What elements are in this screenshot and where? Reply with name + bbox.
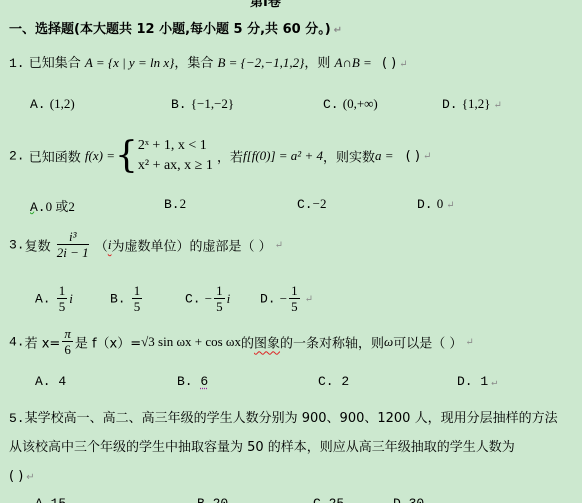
function-expr: f(x) = (85, 148, 115, 163)
question-text: 为虚数单位）的虚部是（ (111, 240, 254, 255)
paragraph-mark-icon: ↵ (275, 240, 283, 251)
piece-1: 2ˣ + 1, x < 1 (138, 136, 213, 156)
option-d[interactable]: D. 0↵ (417, 196, 455, 212)
question-number: 2. (9, 149, 25, 164)
piecewise-definition: 2ˣ + 1, x < 1x² + ax, x ≥ 1 (138, 136, 213, 176)
paragraph-mark-icon: ↵ (334, 25, 342, 36)
set-b-expr: B = {−2,−1,1,2} (217, 55, 304, 70)
question-stem: 已知集合 (29, 56, 81, 71)
option-d[interactable]: D. {1,2}↵ (442, 96, 502, 112)
complex-fraction: i³2i − 1 (57, 229, 89, 261)
section-title-text: 一、选择题(本大题共 12 小题,每小题 5 分,共 60 分。) (9, 22, 331, 37)
question-number: 1. (9, 56, 25, 71)
question-text: 的 (241, 337, 254, 352)
question-stem: 已知函数 (29, 151, 81, 166)
option-c[interactable]: C.−2 (297, 196, 326, 212)
option-c[interactable]: C.25 (313, 496, 344, 503)
option-a[interactable]: A. (1,2) (30, 96, 75, 112)
option-a[interactable]: A.0 或2 (30, 196, 75, 215)
option-c[interactable]: C. 2 (318, 374, 349, 389)
question-number: 4. (9, 335, 25, 350)
option-b[interactable]: B.20 (197, 496, 228, 503)
question-number: 3. (9, 238, 25, 253)
question-text: ，则实数 (323, 151, 375, 166)
target-expr: a = (375, 148, 394, 163)
question-5-line-2: 从该校高中三个年级的学生中抽取容量为 50 的样本，则应从高三年级抽取的学生人数… (9, 433, 558, 462)
paragraph-mark-icon: ↵ (399, 59, 407, 70)
paragraph-mark-icon: ↵ (491, 378, 497, 389)
paragraph-mark-icon: ↵ (493, 100, 501, 111)
piece-2: x² + ax, x ≥ 1 (138, 156, 213, 176)
question-text: ，集合 (174, 56, 213, 71)
question-5-line-3: ( )↵ (9, 462, 558, 492)
option-d[interactable]: D. −15↵ (260, 283, 313, 315)
question-stem: 复数 (25, 240, 51, 255)
option-d[interactable]: D. 1↵ (457, 374, 497, 389)
question-1: 1. 已知集合 A = {x | y = ln x}，集合 B = {−2,−1… (9, 52, 408, 71)
question-text: 的一条对称轴，则 (280, 337, 384, 352)
omega-symbol: ω (384, 334, 393, 349)
question-number: 5. (9, 411, 25, 426)
spellcheck-word: 图象 (254, 337, 280, 352)
answer-blank: ） (254, 240, 271, 255)
paragraph-mark-icon: ↵ (305, 294, 313, 305)
question-5: 5.某学校高一、高二、高三年级的学生人数分别为 900、900、1200 人，现… (9, 404, 558, 492)
option-c[interactable]: C. (0,+∞) (323, 96, 378, 112)
answer-blank: ( ) (9, 469, 23, 484)
option-c[interactable]: C. −15i (185, 283, 230, 315)
section-title: 一、选择题(本大题共 12 小题,每小题 5 分,共 60 分。)↵ (9, 18, 342, 37)
option-a[interactable]: A. 4 (35, 374, 66, 389)
question-5-line-1: 5.某学校高一、高二、高三年级的学生人数分别为 900、900、1200 人，现… (9, 404, 558, 433)
option-a[interactable]: A. 15i (35, 283, 73, 315)
question-text: ，若 (217, 151, 243, 166)
answer-blank: ( ) (382, 56, 396, 71)
condition-expr: f[f(0)] = a² + 4 (243, 148, 323, 163)
option-b[interactable]: B. 6 (177, 374, 208, 389)
option-b[interactable]: B. {−1,−2} (171, 96, 234, 112)
question-text: 是 f（x）= (75, 337, 141, 352)
option-a[interactable]: A.15 (35, 496, 66, 503)
page-header-fragment: 第Ⅰ卷 (250, 0, 281, 10)
question-text: ，则 (304, 56, 330, 71)
paragraph-mark-icon: ↵ (423, 151, 431, 162)
option-b[interactable]: B. 15 (110, 283, 144, 315)
question-2: 2. 已知函数 f(x) ={2ˣ + 1, x < 1x² + ax, x ≥… (9, 136, 431, 176)
question-stem: 若 x= (25, 337, 61, 352)
answer-blank: ） (445, 337, 462, 352)
pi-over-6-fraction: π6 (62, 326, 73, 358)
question-text: 可以是（ (393, 337, 445, 352)
question-4: 4.若 x=π6是 f（x）=√3 sin ωx + cos ωx的图象的一条对… (9, 326, 474, 358)
question-3: 3.复数 i³2i − 1 （i为虚数单位）的虚部是（ ）↵ (9, 229, 283, 261)
option-d[interactable]: D.30 (393, 496, 424, 503)
intersection-expr: A∩B = (335, 55, 372, 70)
left-brace: { (115, 135, 138, 176)
question-text: （ (95, 240, 108, 255)
function-expr: √3 sin ωx + cos ωx (141, 334, 241, 349)
answer-blank: ( ) (406, 149, 420, 164)
grammar-underline (30, 196, 386, 211)
option-b[interactable]: B.2 (164, 196, 186, 212)
paragraph-mark-icon: ↵ (465, 337, 473, 348)
paragraph-mark-icon: ↵ (446, 200, 454, 211)
set-a-expr: A = {x | y = ln x} (85, 55, 174, 70)
paragraph-mark-icon: ↵ (26, 472, 34, 483)
